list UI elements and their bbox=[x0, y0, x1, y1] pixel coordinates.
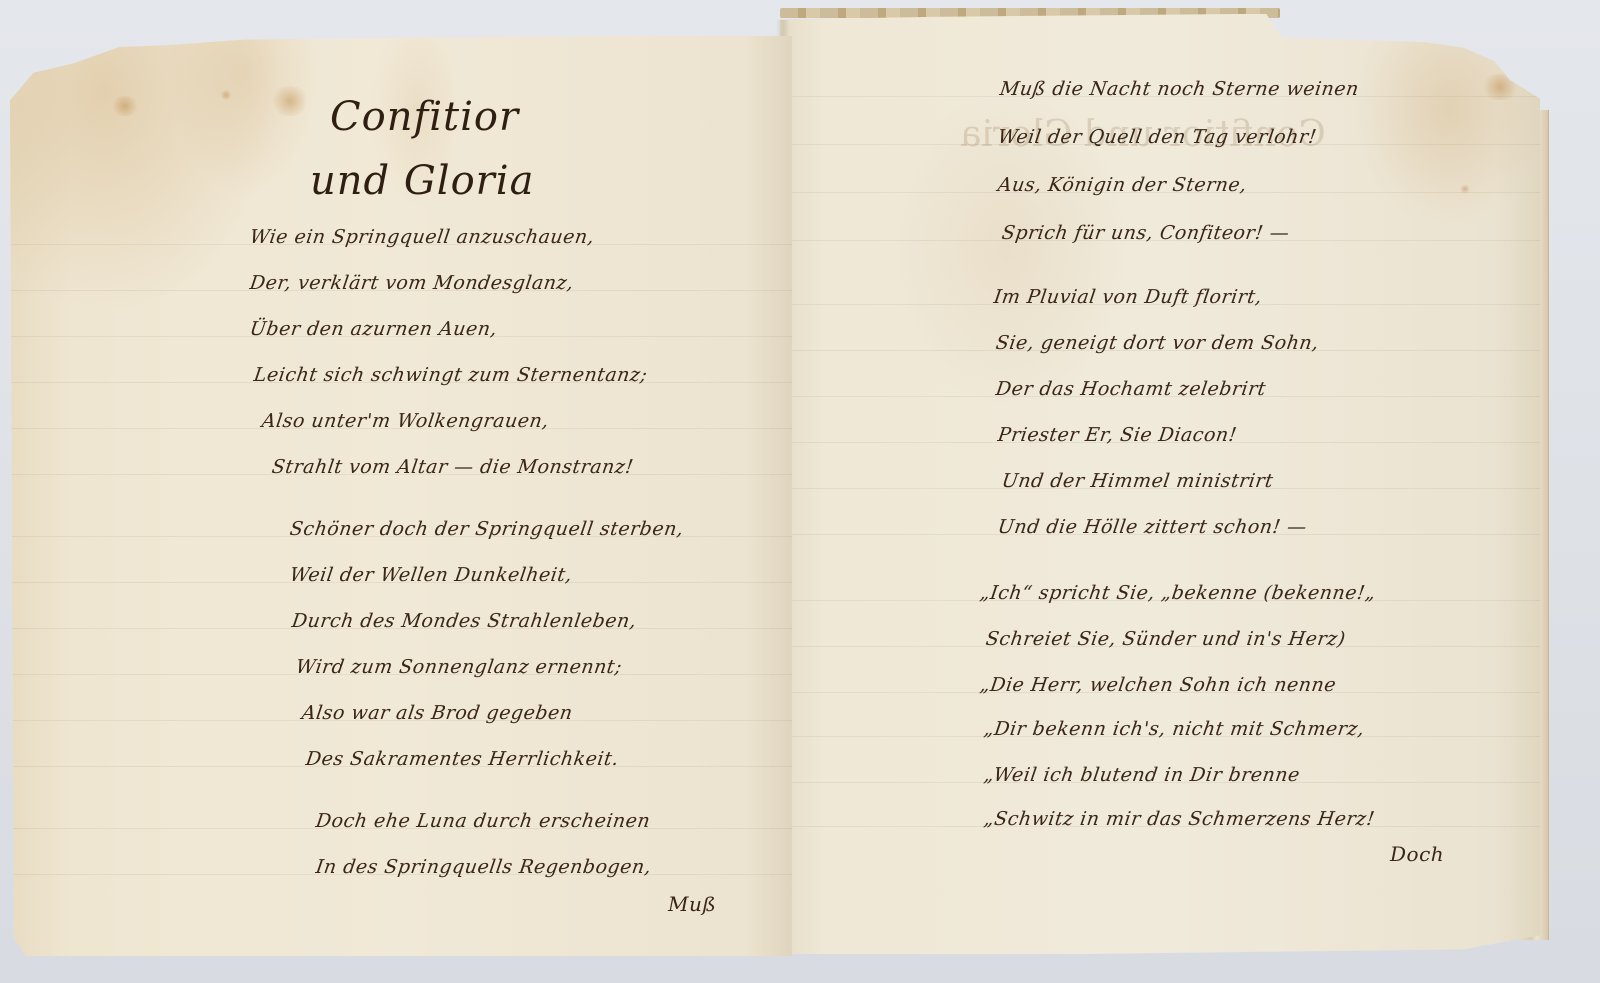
verse-line: Durch des Mondes Strahlenleben, bbox=[290, 610, 637, 632]
verse-line: Weil der Quell den Tag verlohr! bbox=[996, 126, 1318, 148]
verse-line: Also war als Brod gegeben bbox=[300, 702, 574, 724]
verse-line: Im Pluvial von Duft florirt, bbox=[992, 286, 1263, 308]
verse-line: Weil der Wellen Dunkelheit, bbox=[288, 564, 573, 586]
verse-line: Also unter'm Wolkengrauen, bbox=[260, 410, 550, 432]
title-line-1: Confitior bbox=[330, 94, 519, 140]
stain bbox=[110, 96, 140, 116]
stain bbox=[1460, 184, 1470, 194]
verse-line: Sie, geneigt dort vor dem Sohn, bbox=[994, 332, 1320, 354]
verse-line: „Die Herr, welchen Sohn ich nenne bbox=[978, 674, 1337, 696]
verse-line: Der das Hochamt zelebrirt bbox=[994, 378, 1267, 400]
title-line-2: und Gloria bbox=[310, 158, 534, 204]
verse-line: Wird zum Sonnenglanz ernennt; bbox=[294, 656, 623, 678]
stain bbox=[270, 86, 310, 116]
verse-line: Priester Er, Sie Diacon! bbox=[996, 424, 1238, 446]
verse-line: „Dir bekenn ich's, nicht mit Schmerz, bbox=[982, 718, 1365, 740]
verse-line: Leicht sich schwingt zum Sternentanz; bbox=[252, 364, 648, 386]
verse-line: „Weil ich blutend in Dir brenne bbox=[982, 764, 1301, 786]
catchword: Muß bbox=[668, 892, 716, 916]
left-page: Confitior und Gloria Wie ein Springquell… bbox=[10, 36, 792, 956]
verse-line: Doch ehe Luna durch erscheinen bbox=[314, 810, 651, 832]
verse-line: Schöner doch der Springquell sterben, bbox=[288, 518, 685, 540]
verse-line: Schreiet Sie, Sünder und in's Herz) bbox=[984, 628, 1347, 650]
verse-line: Aus, Königin der Sterne, bbox=[996, 174, 1248, 196]
verse-line: Und die Hölle zittert schon! — bbox=[996, 516, 1308, 538]
right-page: Confitior und Gloria Muß die Nacht noch … bbox=[780, 14, 1540, 954]
verse-line: In des Springquells Regenbogen, bbox=[314, 856, 652, 878]
catchword: Doch bbox=[1390, 842, 1444, 866]
verse-line: Sprich für uns, Confiteor! — bbox=[1000, 222, 1290, 244]
verse-line: Des Sakramentes Herrlichkeit. bbox=[304, 748, 620, 770]
verse-line: Wie ein Springquell anzuschauen, bbox=[248, 226, 595, 248]
stain bbox=[220, 90, 232, 100]
verse-line: „Ich“ spricht Sie, „bekenne (bekenne!„ bbox=[978, 582, 1377, 604]
verse-line: Der, verklärt vom Mondesglanz, bbox=[248, 272, 575, 294]
verse-line: Und der Himmel ministrirt bbox=[1000, 470, 1274, 492]
verse-line: Muß die Nacht noch Sterne weinen bbox=[998, 78, 1360, 100]
verse-line: „Schwitz in mir das Schmerzens Herz! bbox=[982, 808, 1376, 830]
verse-line: Strahlt vom Altar — die Monstranz! bbox=[270, 456, 635, 478]
verse-line: Über den azurnen Auen, bbox=[248, 318, 498, 340]
